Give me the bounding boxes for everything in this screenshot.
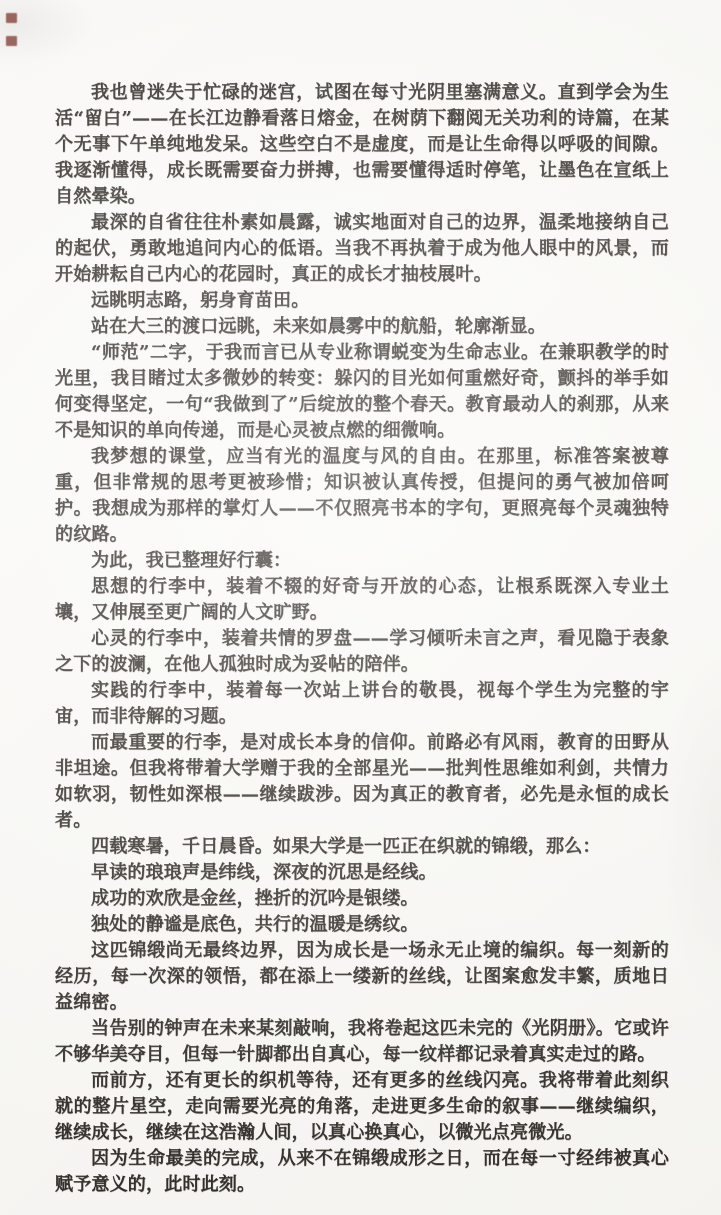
essay-paragraph: 独处的静谧是底色，共行的温暖是绣纹。 [55, 912, 669, 938]
essay-paragraph: “师范”二字，于我而言已从专业称谓蜕变为生命志业。在兼职教学的时光里，我目睹过太… [55, 340, 669, 444]
essay-paragraph: 最深的自省往往朴素如晨露，诚实地面对自己的边界，温柔地接纳自己的起伏，勇敢地追问… [55, 210, 669, 288]
essay-paragraph: 远眺明志路，躬身育苗田。 [55, 288, 669, 314]
essay-paragraph: 因为生命最美的完成，从来不在锦缎成形之日，而在每一寸经纬被真心赋予意义的，此时此… [55, 1146, 669, 1198]
essay-paragraph: 而最重要的行李，是对成长本身的信仰。前路必有风雨，教育的田野从非坦途。但我将带着… [55, 730, 669, 834]
essay-body: 我也曾迷失于忙碌的迷宫，试图在每寸光阴里塞满意义。直到学会为生活“留白”——在长… [55, 80, 669, 1198]
scan-artifact-mark [6, 36, 17, 46]
essay-paragraph: 为此，我已整理好行囊： [55, 548, 669, 574]
essay-paragraph: 早读的琅琅声是纬线，深夜的沉思是经线。 [55, 860, 669, 886]
essay-paragraph: 站在大三的渡口远眺，未来如晨雾中的航船，轮廓渐显。 [55, 314, 669, 340]
essay-paragraph: 成功的欢欣是金丝，挫折的沉吟是银缕。 [55, 886, 669, 912]
essay-paragraph: 四载寒暑，千日晨昏。如果大学是一匹正在织就的锦缎，那么： [55, 834, 669, 860]
scan-artifact-mark [6, 13, 17, 23]
essay-paragraph: 这匹锦缎尚无最终边界，因为成长是一场永无止境的编织。每一刻新的经历，每一次深的领… [55, 938, 669, 1016]
essay-paragraph: 而前方，还有更长的织机等待，还有更多的丝线闪亮。我将带着此刻织就的整片星空，走向… [55, 1068, 669, 1146]
essay-paragraph: 我也曾迷失于忙碌的迷宫，试图在每寸光阴里塞满意义。直到学会为生活“留白”——在长… [55, 80, 669, 210]
essay-paragraph: 思想的行李中，装着不辍的好奇与开放的心态，让根系既深入专业土壤，又伸展至更广阔的… [55, 574, 669, 626]
essay-paragraph: 我梦想的课堂，应当有光的温度与风的自由。在那里，标准答案被尊重，但非常规的思考更… [55, 444, 669, 548]
essay-paragraph: 实践的行李中，装着每一次站上讲台的敬畏，视每个学生为完整的宇宙，而非待解的习题。 [55, 678, 669, 730]
essay-paragraph: 当告别的钟声在未来某刻敲响，我将卷起这匹未完的《光阴册》。它或许不够华美夺目，但… [55, 1016, 669, 1068]
scanned-document-page: 我也曾迷失于忙碌的迷宫，试图在每寸光阴里塞满意义。直到学会为生活“留白”——在长… [0, 0, 721, 1215]
essay-paragraph: 心灵的行李中，装着共情的罗盘——学习倾听未言之声，看见隐于表象之下的波澜，在他人… [55, 626, 669, 678]
